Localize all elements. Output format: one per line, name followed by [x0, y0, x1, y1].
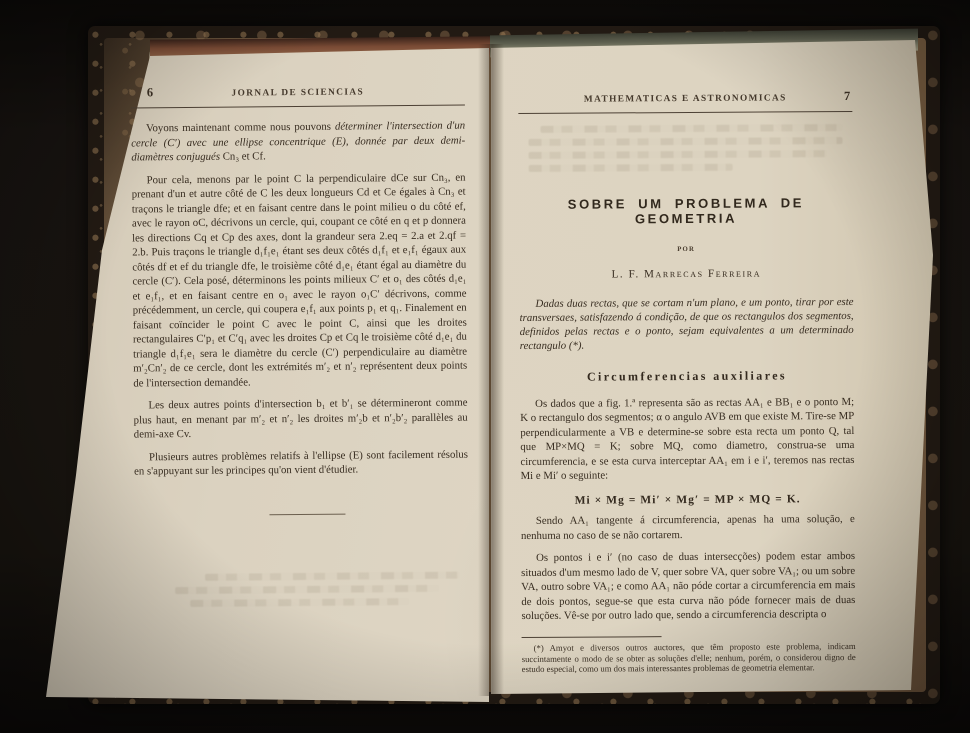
- footnote-text: (*) Amyot e diversos outros auctores, qu…: [522, 641, 856, 675]
- byline-label: POR: [519, 242, 853, 259]
- left-header-rule: [131, 105, 465, 109]
- math-formula: Mi × Mg = Mi′ × Mg′ = MP × MQ = K.: [521, 492, 855, 509]
- author-name: L. F. Marrecas Ferreira: [519, 265, 853, 282]
- right-page-number: 7: [844, 89, 850, 104]
- book-scan-photo: 6 JORNAL DE SCIENCIAS Voyons maintenant …: [0, 0, 970, 733]
- paragraph: Sendo AA₁ tangente á circumferencia, ape…: [521, 512, 855, 543]
- right-page-header: MATHEMATICAS E ASTRONOMICAS 7: [518, 91, 852, 109]
- left-page-content: 6 JORNAL DE SCIENCIAS Voyons maintenant …: [131, 85, 470, 607]
- paragraph: Pour cela, menons par le point C la perp…: [131, 170, 467, 390]
- right-header-rule: [518, 111, 852, 114]
- paragraph-lead-text: Voyons maintenant comme nous pouvons: [146, 121, 335, 135]
- paragraph: Les deux autres points d'intersection b₁…: [133, 396, 467, 442]
- right-running-title: MATHEMATICAS E ASTRONOMICAS: [518, 91, 852, 108]
- section-end-divider: [269, 513, 345, 515]
- article-title: SOBRE UM PROBLEMA DE GEOMETRIA: [519, 196, 853, 227]
- paragraph: Os dados que a fig. 1.ª representa são a…: [520, 395, 855, 484]
- paragraph: Os pontos i e i′ (no caso de duas inters…: [521, 549, 855, 624]
- paragraph-tail-text: Cn₃ et Cf.: [223, 150, 266, 162]
- left-page-number: 6: [147, 85, 153, 100]
- left-page-header: 6 JORNAL DE SCIENCIAS: [131, 85, 465, 104]
- section-heading: Circumferencias auxiliares: [520, 368, 854, 385]
- right-page-content: MATHEMATICAS E ASTRONOMICAS 7 SOBRE UM P…: [518, 91, 856, 675]
- paragraph: Plusieurs autres problèmes relatifs à l'…: [134, 447, 468, 479]
- problem-statement: Dadas duas rectas, que se cortam n'um pl…: [519, 295, 853, 353]
- bleedthrough-ghost-text: [135, 571, 469, 607]
- book-gutter-shadow: [478, 44, 504, 696]
- left-running-title: JORNAL DE SCIENCIAS: [131, 85, 465, 102]
- footnote-rule: [522, 636, 662, 638]
- paragraph: Voyons maintenant comme nous pouvons dét…: [131, 119, 465, 165]
- bleedthrough-ghost-text: [518, 124, 852, 172]
